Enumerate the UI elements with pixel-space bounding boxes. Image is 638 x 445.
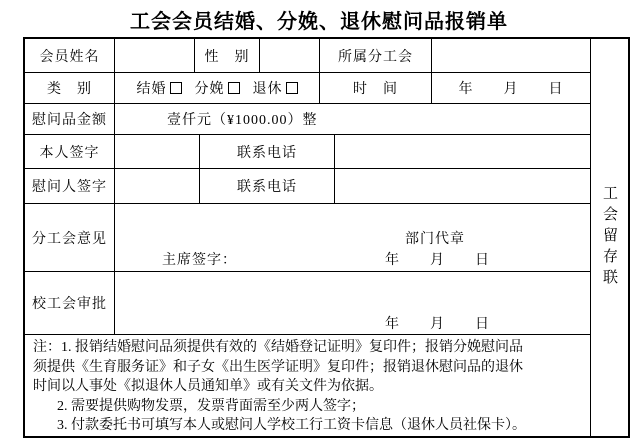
reimbursement-form-page: 工会会员结婚、分娩、退休慰问品报销单 会员姓名 性 别 所属分工会 类 别 结婚… [0, 0, 638, 445]
row-category: 类 别 结婚 分娩 退休 时 间 年 月 日 [25, 73, 590, 104]
category-option-childbirth: 分娩 [195, 78, 240, 98]
visitor-phone-field[interactable] [335, 169, 590, 203]
visitor-phone-label: 联系电话 [200, 169, 335, 203]
category-option-marriage-label: 结婚 [137, 78, 167, 98]
branch-union-label: 所属分工会 [320, 39, 432, 72]
row-self-signature: 本人签字 联系电话 [25, 135, 590, 169]
category-label: 类 别 [25, 73, 115, 103]
note-line: 时间以人事处《拟退休人员通知单》或有关文件为依据。 [33, 377, 583, 397]
branch-opinion-label: 分工会意见 [25, 204, 115, 271]
row-gift-amount: 慰问品金额 壹仟元（¥1000.00）整 [25, 104, 590, 135]
checkbox-marriage[interactable] [170, 82, 182, 94]
union-approval-area[interactable]: 年 月 日 [115, 272, 590, 334]
checkbox-retirement[interactable] [286, 82, 298, 94]
self-phone-label: 联系电话 [200, 135, 335, 168]
self-signature-field[interactable] [115, 135, 200, 168]
category-option-childbirth-label: 分娩 [195, 78, 225, 98]
notes-block: 注：1. 报销结婚慰问品须提供有效的《结婚登记证明》复印件；报销分娩慰问品 须提… [25, 335, 590, 436]
time-field[interactable]: 年 月 日 [432, 73, 590, 103]
branch-opinion-date: 年 月 日 [385, 249, 490, 269]
checkbox-childbirth[interactable] [228, 82, 240, 94]
visitor-signature-label: 慰问人签字 [25, 169, 115, 203]
note-line: 2. 需要提供购物发票，发票背面需至少两人签字； [33, 397, 583, 417]
note-line: 须提供《生育服务证》和子女《出生医学证明》复印件；报销退休慰问品的退休 [33, 358, 583, 378]
gender-label: 性 别 [195, 39, 260, 72]
chair-signature-label: 主席签字： [162, 249, 237, 269]
form-table-main: 会员姓名 性 别 所属分工会 类 别 结婚 分娩 退休 时 间 年 月 日 [25, 39, 591, 436]
copy-retention-label: 工会留存联 [599, 185, 620, 290]
branch-union-field[interactable] [432, 39, 590, 72]
category-options: 结婚 分娩 退休 [115, 73, 320, 103]
gift-amount-label: 慰问品金额 [25, 104, 115, 134]
time-label: 时 间 [320, 73, 432, 103]
dept-seal-label: 部门代章 [405, 228, 465, 248]
self-phone-field[interactable] [335, 135, 590, 168]
gender-field[interactable] [260, 39, 320, 72]
row-branch-opinion: 分工会意见 部门代章 主席签字： 年 月 日 [25, 204, 590, 272]
gift-amount-value: 壹仟元（¥1000.00）整 [115, 104, 590, 134]
branch-opinion-area[interactable]: 部门代章 主席签字： 年 月 日 [115, 204, 590, 271]
visitor-signature-field[interactable] [115, 169, 200, 203]
form-table: 会员姓名 性 别 所属分工会 类 别 结婚 分娩 退休 时 间 年 月 日 [23, 37, 630, 438]
union-approval-label: 校工会审批 [25, 272, 115, 334]
copy-retention-tab: 工会留存联 [591, 39, 628, 436]
row-visitor-signature: 慰问人签字 联系电话 [25, 169, 590, 204]
note-line: 3. 付款委托书可填写本人或慰问人学校工行工资卡信息（退休人员社保卡）。 [33, 416, 583, 436]
page-title: 工会会员结婚、分娩、退休慰问品报销单 [0, 5, 638, 34]
note-line: 注：1. 报销结婚慰问品须提供有效的《结婚登记证明》复印件；报销分娩慰问品 [33, 338, 583, 358]
union-approval-date: 年 月 日 [385, 313, 490, 333]
row-notes: 注：1. 报销结婚慰问品须提供有效的《结婚登记证明》复印件；报销分娩慰问品 须提… [25, 335, 590, 436]
row-member-name: 会员姓名 性 别 所属分工会 [25, 39, 590, 73]
category-option-retirement: 退休 [253, 78, 298, 98]
self-signature-label: 本人签字 [25, 135, 115, 168]
category-option-marriage: 结婚 [137, 78, 182, 98]
member-name-field[interactable] [115, 39, 195, 72]
member-name-label: 会员姓名 [25, 39, 115, 72]
row-union-approval: 校工会审批 年 月 日 [25, 272, 590, 335]
category-option-retirement-label: 退休 [253, 78, 283, 98]
